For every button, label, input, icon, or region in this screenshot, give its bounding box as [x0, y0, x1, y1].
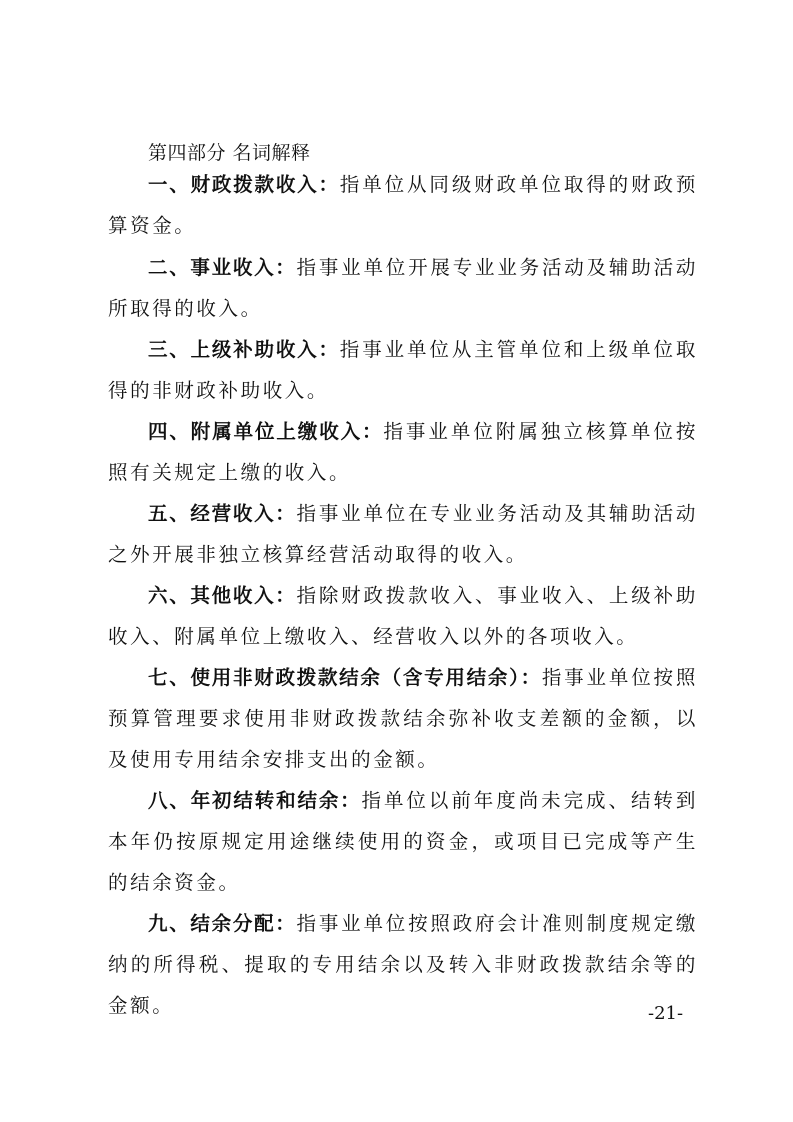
term-label: 六、其他收入： [148, 584, 297, 607]
term-paragraph: 九、结余分配：指事业单位按照政府会计准则制度规定缴纳的所得税、提取的专用结余以及… [108, 903, 698, 1026]
term-paragraph: 四、附属单位上缴收入：指事业单位附属独立核算单位按照有关规定上缴的收入。 [108, 411, 698, 493]
page-number: -21- [648, 1003, 683, 1024]
term-paragraph: 七、使用非财政拨款结余（含专用结余）：指事业单位按照预算管理要求使用非财政拨款结… [108, 657, 698, 780]
term-paragraph: 六、其他收入：指除财政拨款收入、事业收入、上级补助收入、附属单位上缴收入、经营收… [108, 575, 698, 657]
term-paragraph: 二、事业收入：指事业单位开展专业业务活动及辅助活动所取得的收入。 [108, 247, 698, 329]
term-label: 九、结余分配： [148, 912, 297, 935]
term-label: 一、财政拨款收入： [148, 173, 340, 196]
term-paragraph: 一、财政拨款收入：指单位从同级财政单位取得的财政预算资金。 [108, 164, 698, 246]
section-title: 第四部分 名词解释 [148, 138, 311, 165]
term-paragraph: 八、年初结转和结余：指单位以前年度尚未完成、结转到本年仍按原规定用途继续使用的资… [108, 780, 698, 903]
term-label: 二、事业收入： [148, 256, 297, 279]
term-label: 七、使用非财政拨款结余（含专用结余）： [148, 666, 542, 689]
term-label: 三、上级补助收入： [148, 338, 340, 361]
term-paragraph: 五、经营收入：指事业单位在专业业务活动及其辅助活动之外开展非独立核算经营活动取得… [108, 493, 698, 575]
term-label: 四、附属单位上缴收入： [148, 420, 383, 443]
term-label: 五、经营收入： [148, 502, 297, 525]
term-paragraph: 三、上级补助收入：指事业单位从主管单位和上级单位取得的非财政补助收入。 [108, 329, 698, 411]
term-label: 八、年初结转和结余： [148, 789, 362, 812]
